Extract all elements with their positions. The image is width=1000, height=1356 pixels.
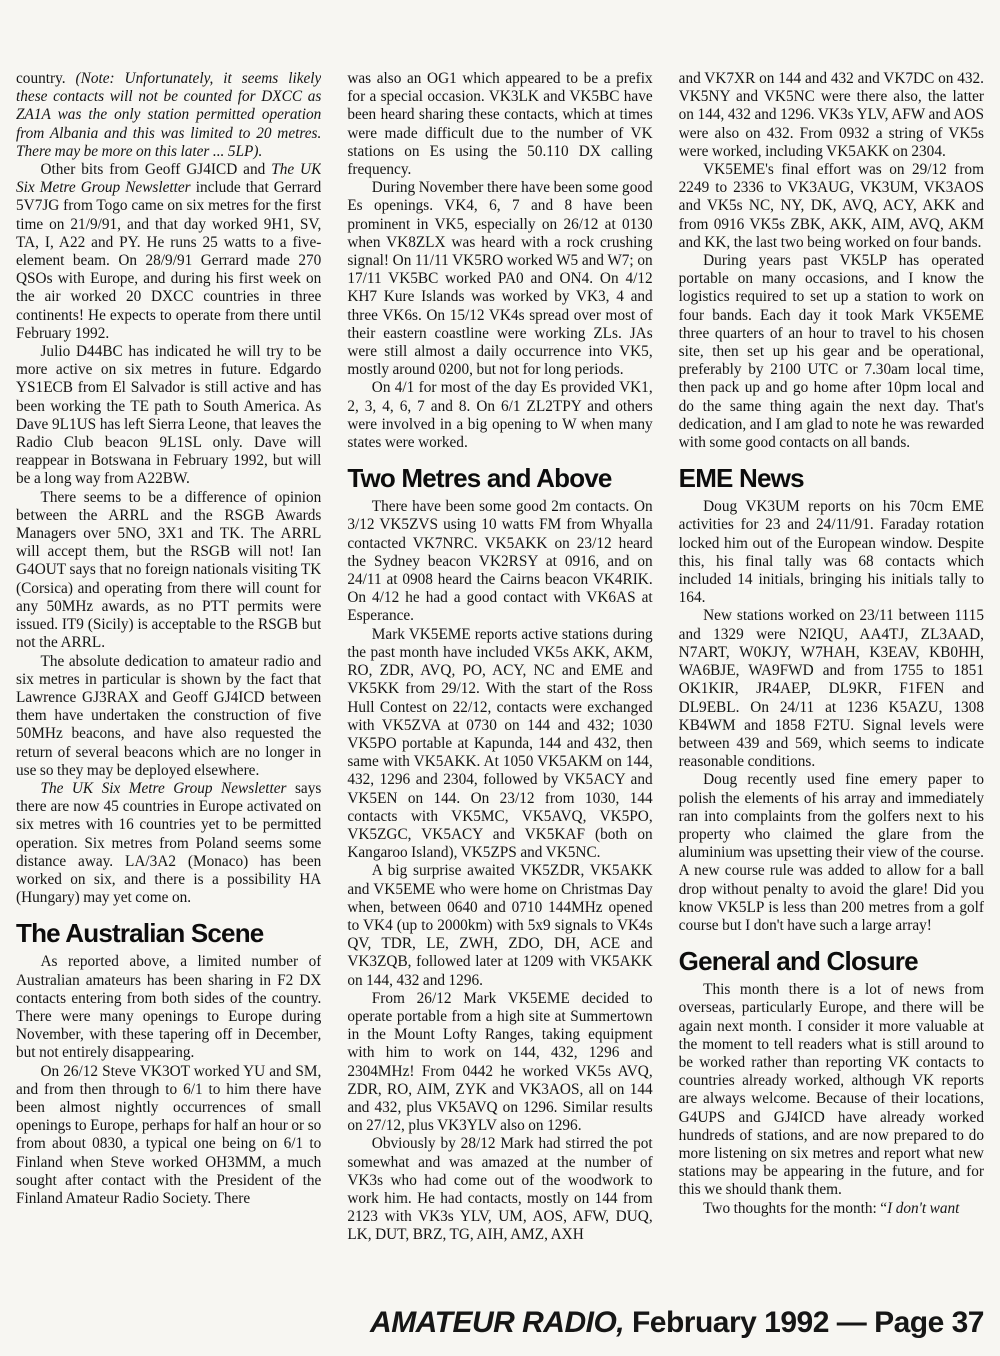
section-heading: General and Closure xyxy=(679,947,984,975)
paragraph: country. (Note: Unfortunately, it seems … xyxy=(16,70,321,161)
section-heading: EME News xyxy=(679,464,984,492)
page-footer: AMATEUR RADIO, February 1992 — Page 37 xyxy=(370,1306,984,1340)
paragraph: The UK Six Metre Group Newsletter says t… xyxy=(16,780,321,907)
paragraph: This month there is a lot of news from o… xyxy=(679,981,984,1199)
paragraph: Julio D44BC has indicated he will try to… xyxy=(16,343,321,489)
text-run: During November there have been some goo… xyxy=(347,179,652,378)
paragraph: There have been some good 2m contacts. O… xyxy=(347,498,652,625)
text-run: Two thoughts for the month: “ xyxy=(703,1200,887,1217)
paragraph: Doug recently used fine emery paper to p… xyxy=(679,771,984,935)
text-run: Other bits from Geoff GJ4ICD and xyxy=(40,161,271,178)
paragraph: From 26/12 Mark VK5EME decided to operat… xyxy=(347,990,652,1136)
text-run: This month there is a lot of news from o… xyxy=(679,981,984,1198)
text-run: There have been some good 2m contacts. O… xyxy=(347,498,652,624)
text-run: During years past VK5LP has operated por… xyxy=(679,252,984,451)
paragraph: A big surprise awaited VK5ZDR, VK5AKK an… xyxy=(347,862,652,989)
paragraph: and VK7XR on 144 and 432 and VK7DC on 43… xyxy=(679,70,984,161)
italic-text-run: The UK Six Metre Group Newsletter xyxy=(40,780,286,797)
text-run: There seems to be a difference of opinio… xyxy=(16,489,321,652)
text-run: The absolute dedication to amateur radio… xyxy=(16,653,321,779)
text-run: Julio D44BC has indicated he will try to… xyxy=(16,343,321,487)
paragraph: Doug VK3UM reports on his 70cm EME activ… xyxy=(679,498,984,607)
paragraph: New stations worked on 23/11 between 111… xyxy=(679,607,984,771)
paragraph: Other bits from Geoff GJ4ICD and The UK … xyxy=(16,161,321,343)
paragraph: The absolute dedication to amateur radio… xyxy=(16,653,321,780)
text-run: country. xyxy=(16,70,76,87)
text-run: On 4/1 for most of the day Es provided V… xyxy=(347,379,652,451)
article-columns: country. (Note: Unfortunately, it seems … xyxy=(16,70,984,1318)
paragraph: As reported above, a limited number of A… xyxy=(16,953,321,1062)
paragraph: There seems to be a difference of opinio… xyxy=(16,489,321,653)
text-run: Mark VK5EME reports active stations duri… xyxy=(347,626,652,861)
paragraph: Two thoughts for the month: “I don't wan… xyxy=(679,1200,984,1218)
column-1: country. (Note: Unfortunately, it seems … xyxy=(16,70,321,1318)
column-3: and VK7XR on 144 and 432 and VK7DC on 43… xyxy=(679,70,984,1318)
italic-text-run: I don't want xyxy=(887,1200,959,1217)
paragraph: During November there have been some goo… xyxy=(347,179,652,379)
magazine-page: country. (Note: Unfortunately, it seems … xyxy=(0,0,1000,1356)
text-run: VK5EME's final effort was on 29/12 from … xyxy=(679,161,984,251)
paragraph: On 4/1 for most of the day Es provided V… xyxy=(347,379,652,452)
paragraph: Obviously by 28/12 Mark had stirred the … xyxy=(347,1135,652,1244)
paragraph: was also an OG1 which appeared to be a p… xyxy=(347,70,652,179)
paragraph: During years past VK5LP has operated por… xyxy=(679,252,984,452)
column-2: was also an OG1 which appeared to be a p… xyxy=(347,70,652,1318)
text-run: Doug recently used fine emery paper to p… xyxy=(679,771,984,934)
text-run: New stations worked on 23/11 between 111… xyxy=(679,607,984,770)
paragraph: On 26/12 Steve VK3OT worked YU and SM, a… xyxy=(16,1063,321,1209)
text-run: include that Gerrard 5V7JG from Togo cam… xyxy=(16,179,321,342)
text-run: On 26/12 Steve VK3OT worked YU and SM, a… xyxy=(16,1063,321,1207)
text-run: says there are now 45 countries in Europ… xyxy=(16,780,321,906)
journal-title: AMATEUR RADIO, xyxy=(370,1306,624,1339)
section-heading: The Australian Scene xyxy=(16,919,321,947)
text-run: Doug VK3UM reports on his 70cm EME activ… xyxy=(679,498,984,606)
paragraph: Mark VK5EME reports active stations duri… xyxy=(347,626,652,863)
text-run: and VK7XR on 144 and 432 and VK7DC on 43… xyxy=(679,70,984,160)
text-run: Obviously by 28/12 Mark had stirred the … xyxy=(347,1135,652,1243)
paragraph: VK5EME's final effort was on 29/12 from … xyxy=(679,161,984,252)
text-run: From 26/12 Mark VK5EME decided to operat… xyxy=(347,990,652,1134)
footer-issue-page: February 1992 — Page 37 xyxy=(624,1306,984,1339)
text-run: A big surprise awaited VK5ZDR, VK5AKK an… xyxy=(347,862,652,988)
section-heading: Two Metres and Above xyxy=(347,464,652,492)
text-run: was also an OG1 which appeared to be a p… xyxy=(347,70,652,178)
text-run: As reported above, a limited number of A… xyxy=(16,953,321,1061)
